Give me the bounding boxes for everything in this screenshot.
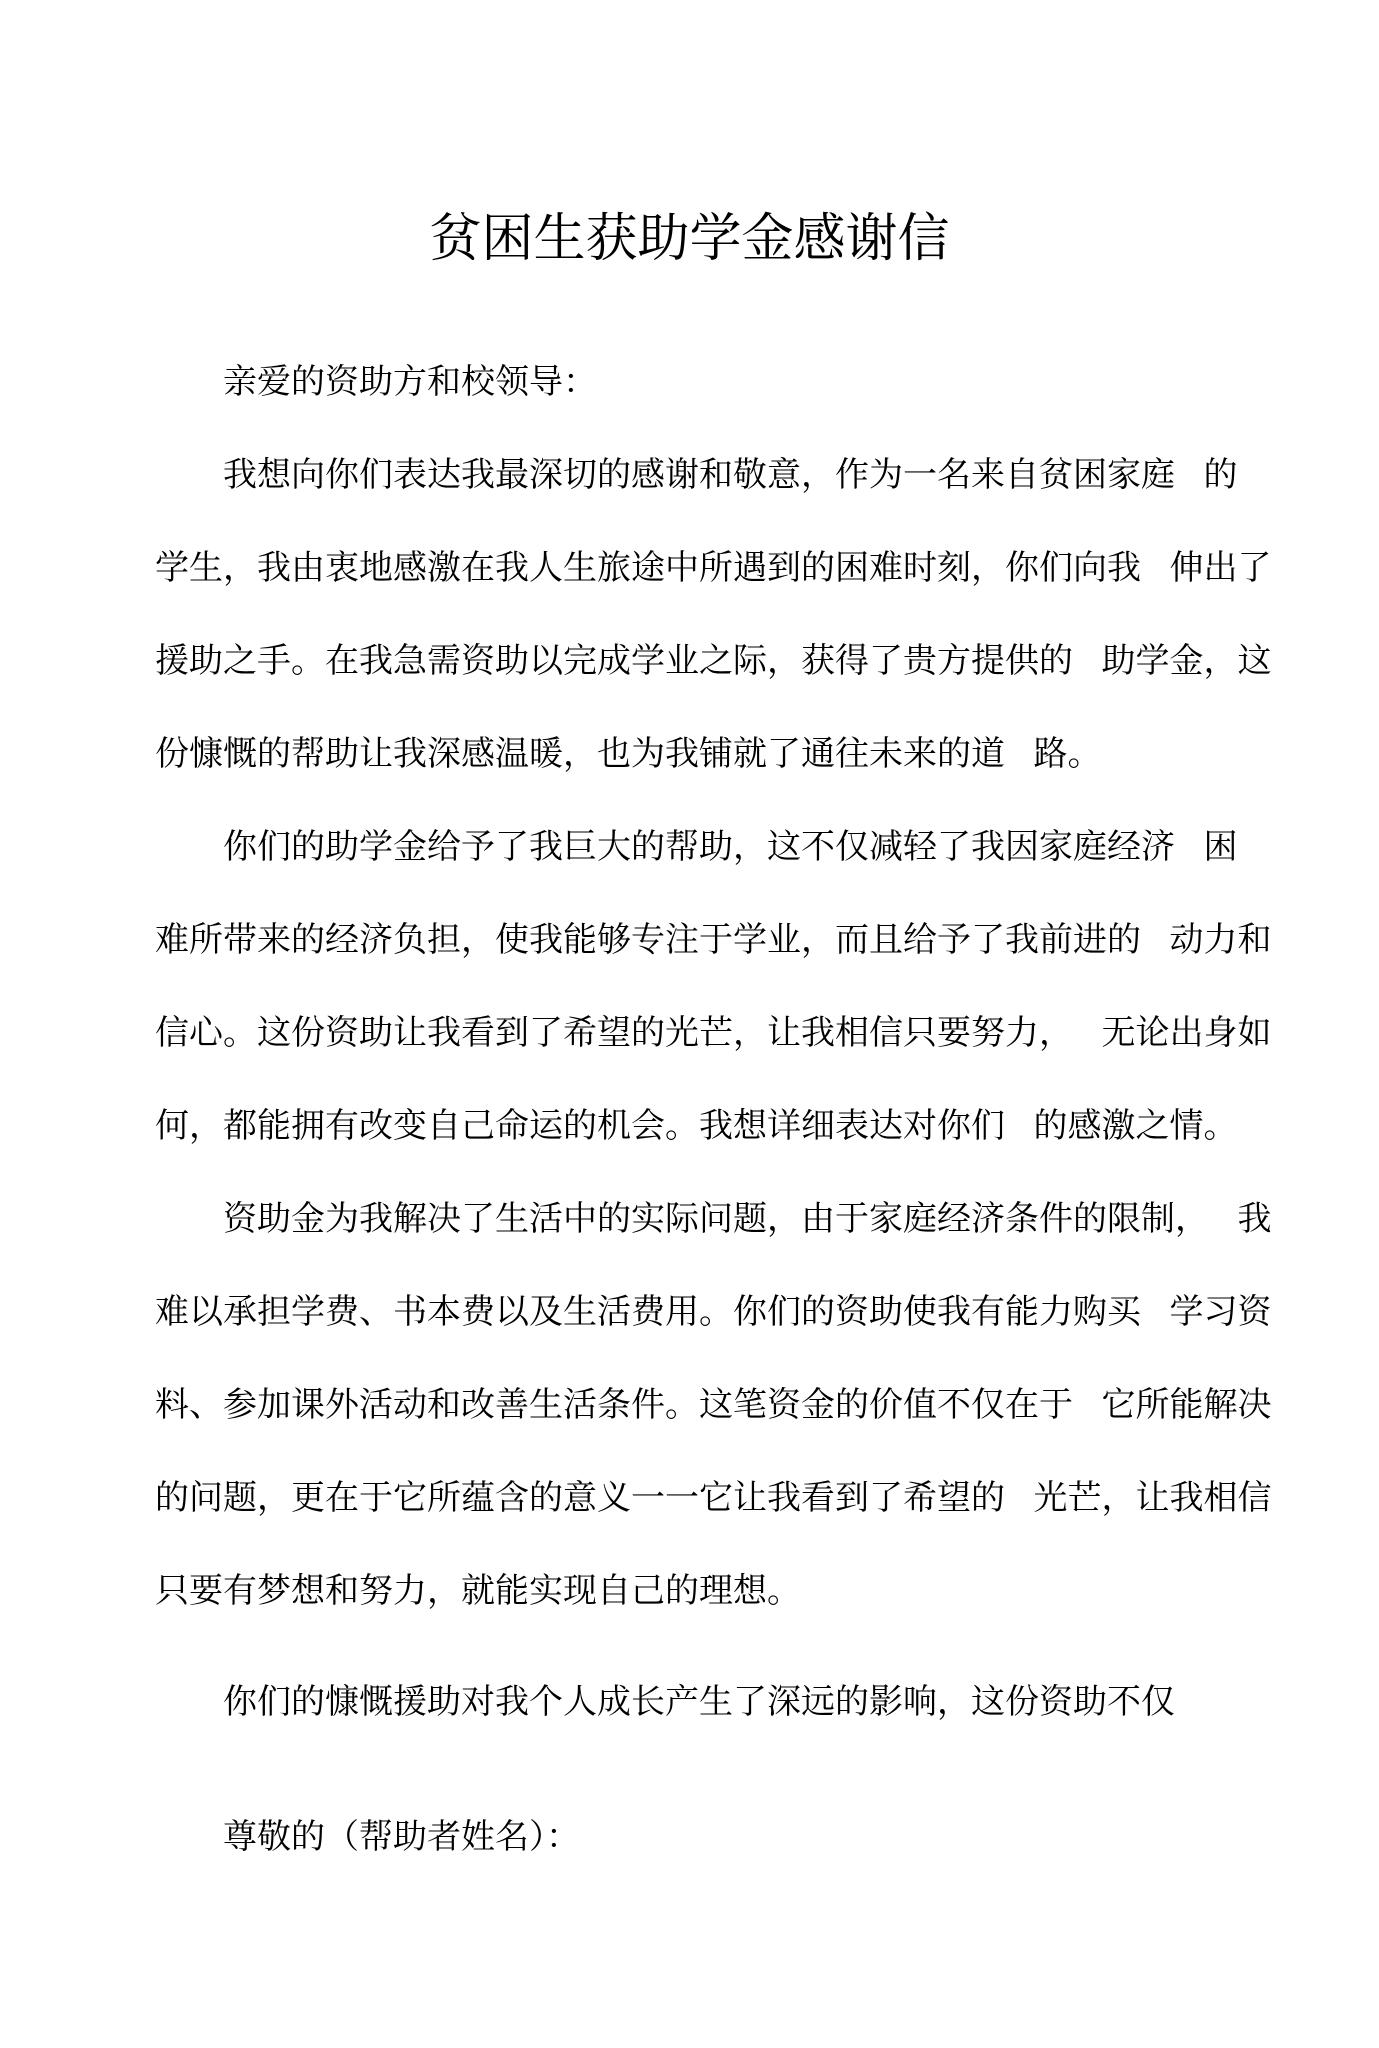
text-line: 何，都能拥有改变自己命运的机会。我想详细表达对你们 的感激之情。 [155, 1080, 1299, 1173]
text-line: 学生，我由衷地感激在我人生旅途中所遇到的困难时刻，你们向我 伸出了 [155, 522, 1299, 615]
text-line: 只要有梦想和努力，就能实现自己的理想。 [155, 1545, 1299, 1638]
text-line: 信心。这份资助让我看到了希望的光芒，让我相信只要努力， 无论出身如 [155, 987, 1299, 1080]
text-line: 尊敬的（帮助者姓名）： [155, 1791, 1299, 1884]
section-paragraph: 我想向你们表达我最深切的感谢和敬意，作为一名来自贫困家庭 的学生，我由衷地感激在… [155, 429, 1299, 801]
text-line: 的问题，更在于它所蕴含的意义一一它让我看到了希望的 光芒，让我相信 [155, 1452, 1299, 1545]
text-line: 料、参加课外活动和改善生活条件。这笔资金的价值不仅在于 它所能解决 [155, 1359, 1299, 1452]
section-closing: 尊敬的（帮助者姓名）： [155, 1791, 1299, 1884]
section-paragraph: 你们的慷慨援助对我个人成长产生了深远的影响，这份资助不仅 [155, 1656, 1299, 1749]
text-line: 援助之手。在我急需资助以完成学业之际，获得了贵方提供的 助学金，这 [155, 615, 1299, 708]
section-paragraph: 资助金为我解决了生活中的实际问题，由于家庭经济条件的限制， 我难以承担学费、书本… [155, 1173, 1299, 1638]
text-line: 难以承担学费、书本费以及生活费用。你们的资助使我有能力购买 学习资 [155, 1266, 1299, 1359]
text-line: 你们的助学金给予了我巨大的帮助，这不仅减轻了我因家庭经济 困 [155, 801, 1299, 894]
document-body: 亲爱的资助方和校领导：我想向你们表达我最深切的感谢和敬意，作为一名来自贫困家庭 … [0, 336, 1379, 1884]
text-line: 资助金为我解决了生活中的实际问题，由于家庭经济条件的限制， 我 [155, 1173, 1299, 1266]
document-title: 贫困生获助学金感谢信 [0, 210, 1379, 270]
text-line: 你们的慷慨援助对我个人成长产生了深远的影响，这份资助不仅 [155, 1656, 1299, 1749]
text-line: 亲爱的资助方和校领导： [155, 336, 1299, 429]
text-line: 份慷慨的帮助让我深感温暖，也为我铺就了通往未来的道 路。 [155, 708, 1299, 801]
text-line: 难所带来的经济负担，使我能够专注于学业，而且给予了我前进的 动力和 [155, 894, 1299, 987]
document-page: 贫困生获助学金感谢信 亲爱的资助方和校领导：我想向你们表达我最深切的感谢和敬意，… [0, 0, 1379, 2048]
text-line: 我想向你们表达我最深切的感谢和敬意，作为一名来自贫困家庭 的 [155, 429, 1299, 522]
section-paragraph: 你们的助学金给予了我巨大的帮助，这不仅减轻了我因家庭经济 困难所带来的经济负担，… [155, 801, 1299, 1173]
section-salutation: 亲爱的资助方和校领导： [155, 336, 1299, 429]
